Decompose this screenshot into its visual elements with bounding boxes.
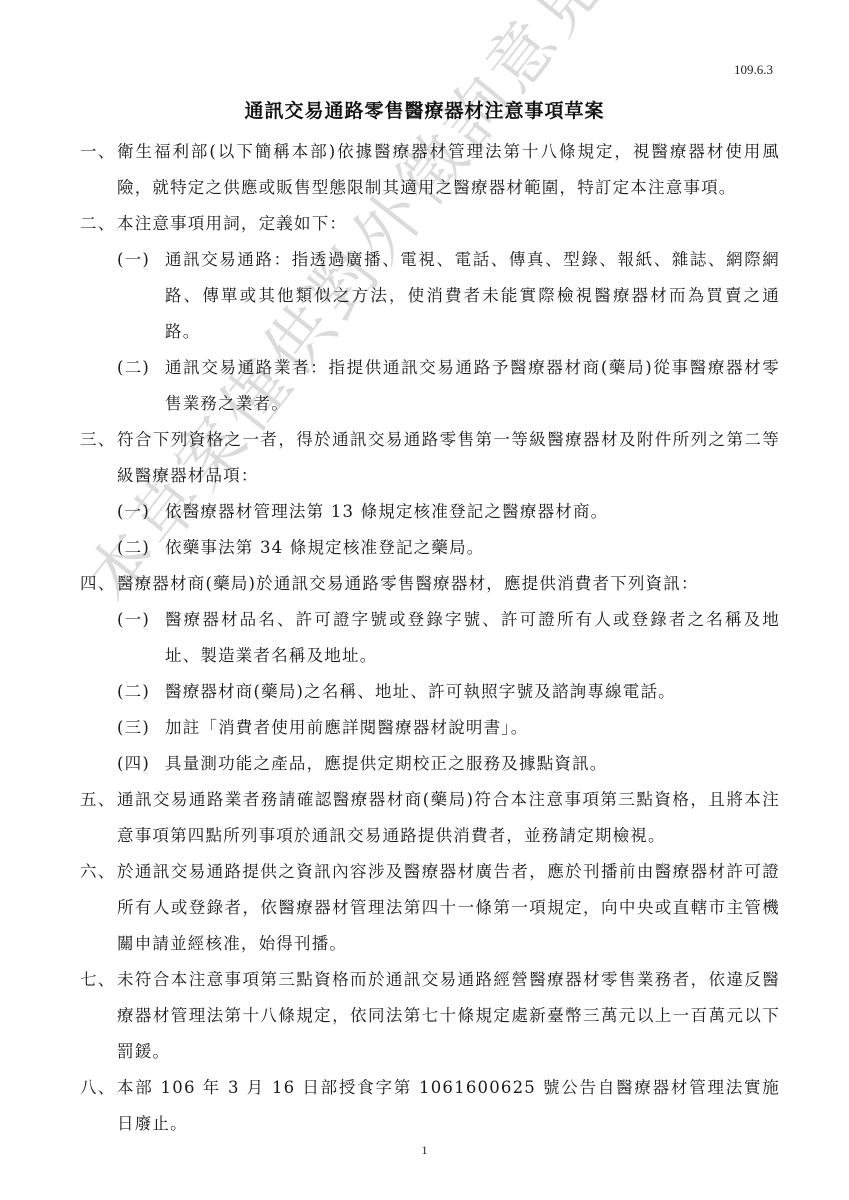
article-4-sub-2: (二) 醫療器材商(藥局)之名稱、地址、許可執照字號及諮詢專線電話。 <box>117 674 780 710</box>
sub-number: (二) <box>117 350 165 386</box>
article-number: 七、 <box>80 962 120 998</box>
sub-text: 依藥事法第 34 條規定核准登記之藥局。 <box>165 530 780 566</box>
document-title: 通訊交易通路零售醫療器材注意事項草案 <box>0 96 849 123</box>
sub-number: (一) <box>117 602 165 638</box>
article-4-sub-3: (三) 加註「消費者使用前應詳閱醫療器材說明書」。 <box>117 710 780 746</box>
article-3-sub-1: (一) 依醫療器材管理法第 13 條規定核准登記之醫療器材商。 <box>117 494 780 530</box>
article-6: 六、 於通訊交易通路提供之資訊內容涉及醫療器材廣告者，應於刊播前由醫療器材許可證… <box>80 854 780 962</box>
article-text: 醫療器材商(藥局)於通訊交易通路零售醫療器材，應提供消費者下列資訊： <box>117 566 780 602</box>
article-text: 衛生福利部(以下簡稱本部)依據醫療器材管理法第十八條規定，視醫療器材使用風險，就… <box>117 134 780 206</box>
article-number: 四、 <box>80 566 120 602</box>
sub-number: (二) <box>117 530 165 566</box>
article-4-sub-4: (四) 具量測功能之產品，應提供定期校正之服務及據點資訊。 <box>117 746 780 782</box>
sub-text: 通訊交易通路：指透過廣播、電視、電話、傳真、型錄、報紙、雜誌、網際網路、傳單或其… <box>165 242 780 350</box>
article-text: 通訊交易通路業者務請確認醫療器材商(藥局)符合本注意事項第三點資格，且將本注意事… <box>117 782 780 854</box>
sub-number: (二) <box>117 674 165 710</box>
article-text: 於通訊交易通路提供之資訊內容涉及醫療器材廣告者，應於刊播前由醫療器材許可證所有人… <box>117 854 780 962</box>
article-2: 二、 本注意事項用詞，定義如下： <box>80 206 780 242</box>
article-4-sub-1: (一) 醫療器材品名、許可證字號或登錄字號、許可證所有人或登錄者之名稱及地址、製… <box>117 602 780 674</box>
article-5: 五、 通訊交易通路業者務請確認醫療器材商(藥局)符合本注意事項第三點資格，且將本… <box>80 782 780 854</box>
sub-text: 具量測功能之產品，應提供定期校正之服務及據點資訊。 <box>165 746 780 782</box>
sub-text: 醫療器材商(藥局)之名稱、地址、許可執照字號及諮詢專線電話。 <box>165 674 780 710</box>
article-1: 一、 衛生福利部(以下簡稱本部)依據醫療器材管理法第十八條規定，視醫療器材使用風… <box>80 134 780 206</box>
page-number: 1 <box>0 1143 849 1158</box>
document-body: 一、 衛生福利部(以下簡稱本部)依據醫療器材管理法第十八條規定，視醫療器材使用風… <box>80 134 780 1142</box>
article-3: 三、 符合下列資格之一者，得於通訊交易通路零售第一等級醫療器材及附件所列之第二等… <box>80 422 780 494</box>
article-number: 二、 <box>80 206 120 242</box>
article-text: 本注意事項用詞，定義如下： <box>117 206 780 242</box>
sub-number: (一) <box>117 242 165 278</box>
article-number: 五、 <box>80 782 120 818</box>
article-number: 三、 <box>80 422 120 458</box>
article-number: 八、 <box>80 1070 120 1106</box>
article-3-sub-2: (二) 依藥事法第 34 條規定核准登記之藥局。 <box>117 530 780 566</box>
sub-text: 依醫療器材管理法第 13 條規定核准登記之醫療器材商。 <box>165 494 780 530</box>
sub-text: 加註「消費者使用前應詳閱醫療器材說明書」。 <box>165 710 780 746</box>
article-text: 符合下列資格之一者，得於通訊交易通路零售第一等級醫療器材及附件所列之第二等級醫療… <box>117 422 780 494</box>
sub-text: 醫療器材品名、許可證字號或登錄字號、許可證所有人或登錄者之名稱及地址、製造業者名… <box>165 602 780 674</box>
article-7: 七、 未符合本注意事項第三點資格而於通訊交易通路經營醫療器材零售業務者，依違反醫… <box>80 962 780 1070</box>
article-8: 八、 本部 106 年 3 月 16 日部授食字第 1061600625 號公告… <box>80 1070 780 1142</box>
document-date: 109.6.3 <box>734 62 773 78</box>
sub-number: (三) <box>117 710 165 746</box>
article-4: 四、 醫療器材商(藥局)於通訊交易通路零售醫療器材，應提供消費者下列資訊： <box>80 566 780 602</box>
sub-number: (四) <box>117 746 165 782</box>
article-text: 未符合本注意事項第三點資格而於通訊交易通路經營醫療器材零售業務者，依違反醫療器材… <box>117 962 780 1070</box>
sub-text: 通訊交易通路業者：指提供通訊交易通路予醫療器材商(藥局)從事醫療器材零售業務之業… <box>165 350 780 422</box>
article-number: 六、 <box>80 854 120 890</box>
sub-number: (一) <box>117 494 165 530</box>
article-text: 本部 106 年 3 月 16 日部授食字第 1061600625 號公告自醫療… <box>117 1070 780 1142</box>
article-2-sub-1: (一) 通訊交易通路：指透過廣播、電視、電話、傳真、型錄、報紙、雜誌、網際網路、… <box>117 242 780 350</box>
article-number: 一、 <box>80 134 120 170</box>
article-2-sub-2: (二) 通訊交易通路業者：指提供通訊交易通路予醫療器材商(藥局)從事醫療器材零售… <box>117 350 780 422</box>
